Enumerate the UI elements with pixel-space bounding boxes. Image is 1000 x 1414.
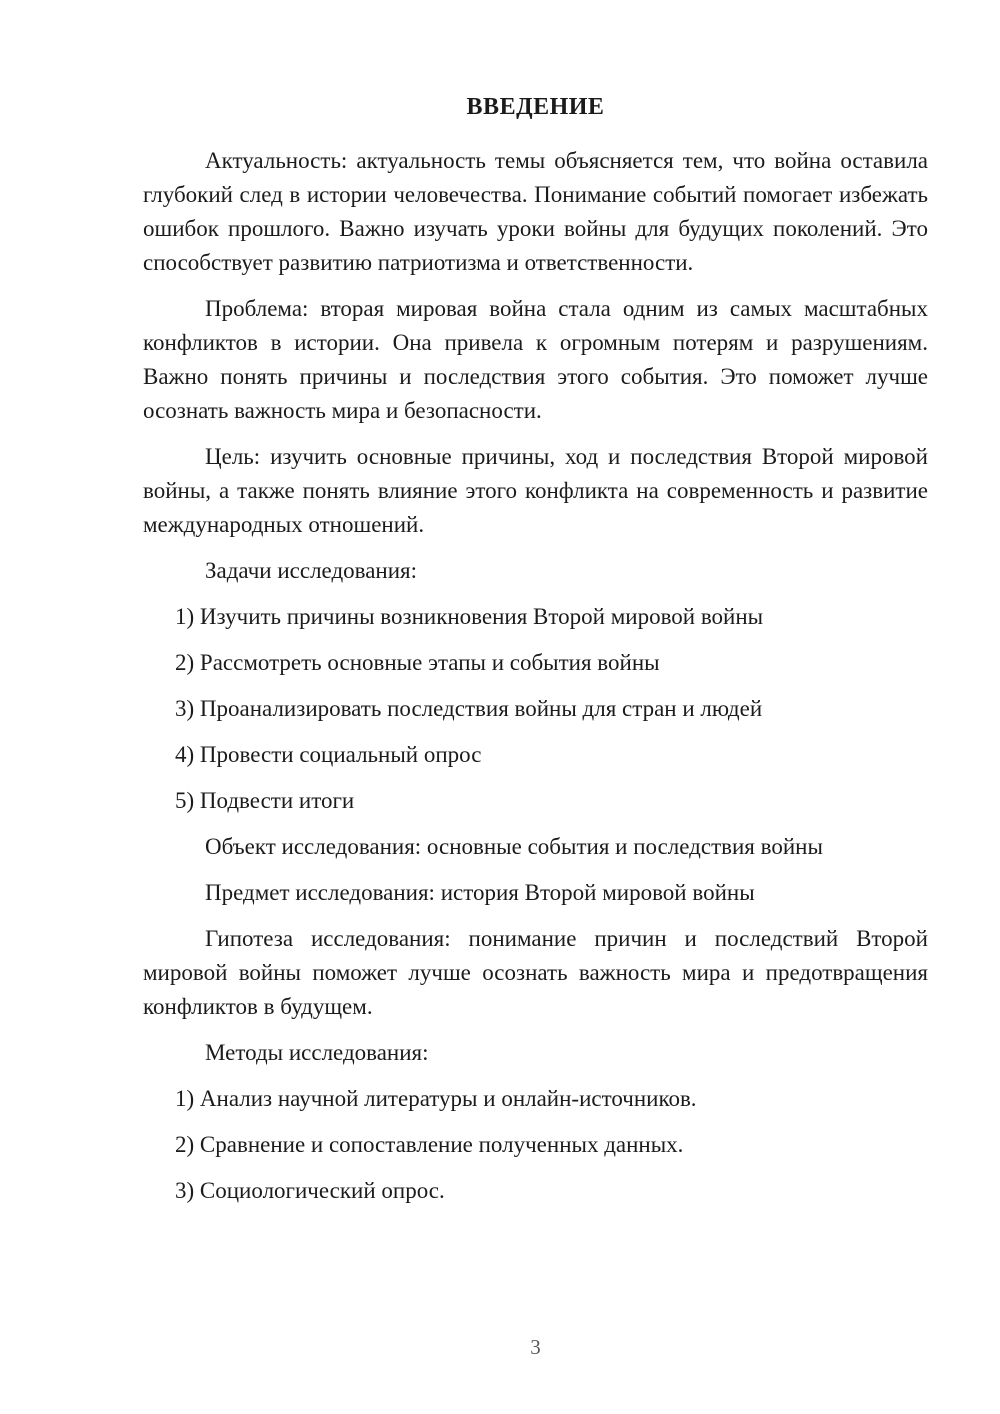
page-footer: 3 xyxy=(143,1330,928,1364)
document-body: Актуальность: актуальность темы объясняе… xyxy=(143,144,928,1208)
list-item: 2) Рассмотреть основные этапы и события … xyxy=(143,646,928,680)
paragraph: Актуальность: актуальность темы объясняе… xyxy=(143,144,928,280)
list-item: 2) Сравнение и сопоставление полученных … xyxy=(143,1128,928,1162)
list-item: 1) Изучить причины возникновения Второй … xyxy=(143,600,928,634)
list-item: 5) Подвести итоги xyxy=(143,784,928,818)
page-number: 3 xyxy=(530,1335,541,1359)
paragraph: Задачи исследования: xyxy=(143,554,928,588)
paragraph: Цель: изучить основные причины, ход и по… xyxy=(143,440,928,542)
paragraph: Предмет исследования: история Второй мир… xyxy=(143,876,928,910)
list-item: 4) Провести социальный опрос xyxy=(143,738,928,772)
paragraph: Объект исследования: основные события и … xyxy=(143,830,928,864)
list-item: 1) Анализ научной литературы и онлайн-ис… xyxy=(143,1082,928,1116)
page-title: ВВЕДЕНИЕ xyxy=(143,90,928,124)
paragraph: Методы исследования: xyxy=(143,1036,928,1070)
paragraph: Проблема: вторая мировая война стала одн… xyxy=(143,292,928,428)
document-page: ВВЕДЕНИЕ Актуальность: актуальность темы… xyxy=(0,0,1000,1414)
list-item: 3) Проанализировать последствия войны дл… xyxy=(143,692,928,726)
list-item: 3) Социологический опрос. xyxy=(143,1174,928,1208)
paragraph: Гипотеза исследования: понимание причин … xyxy=(143,922,928,1024)
